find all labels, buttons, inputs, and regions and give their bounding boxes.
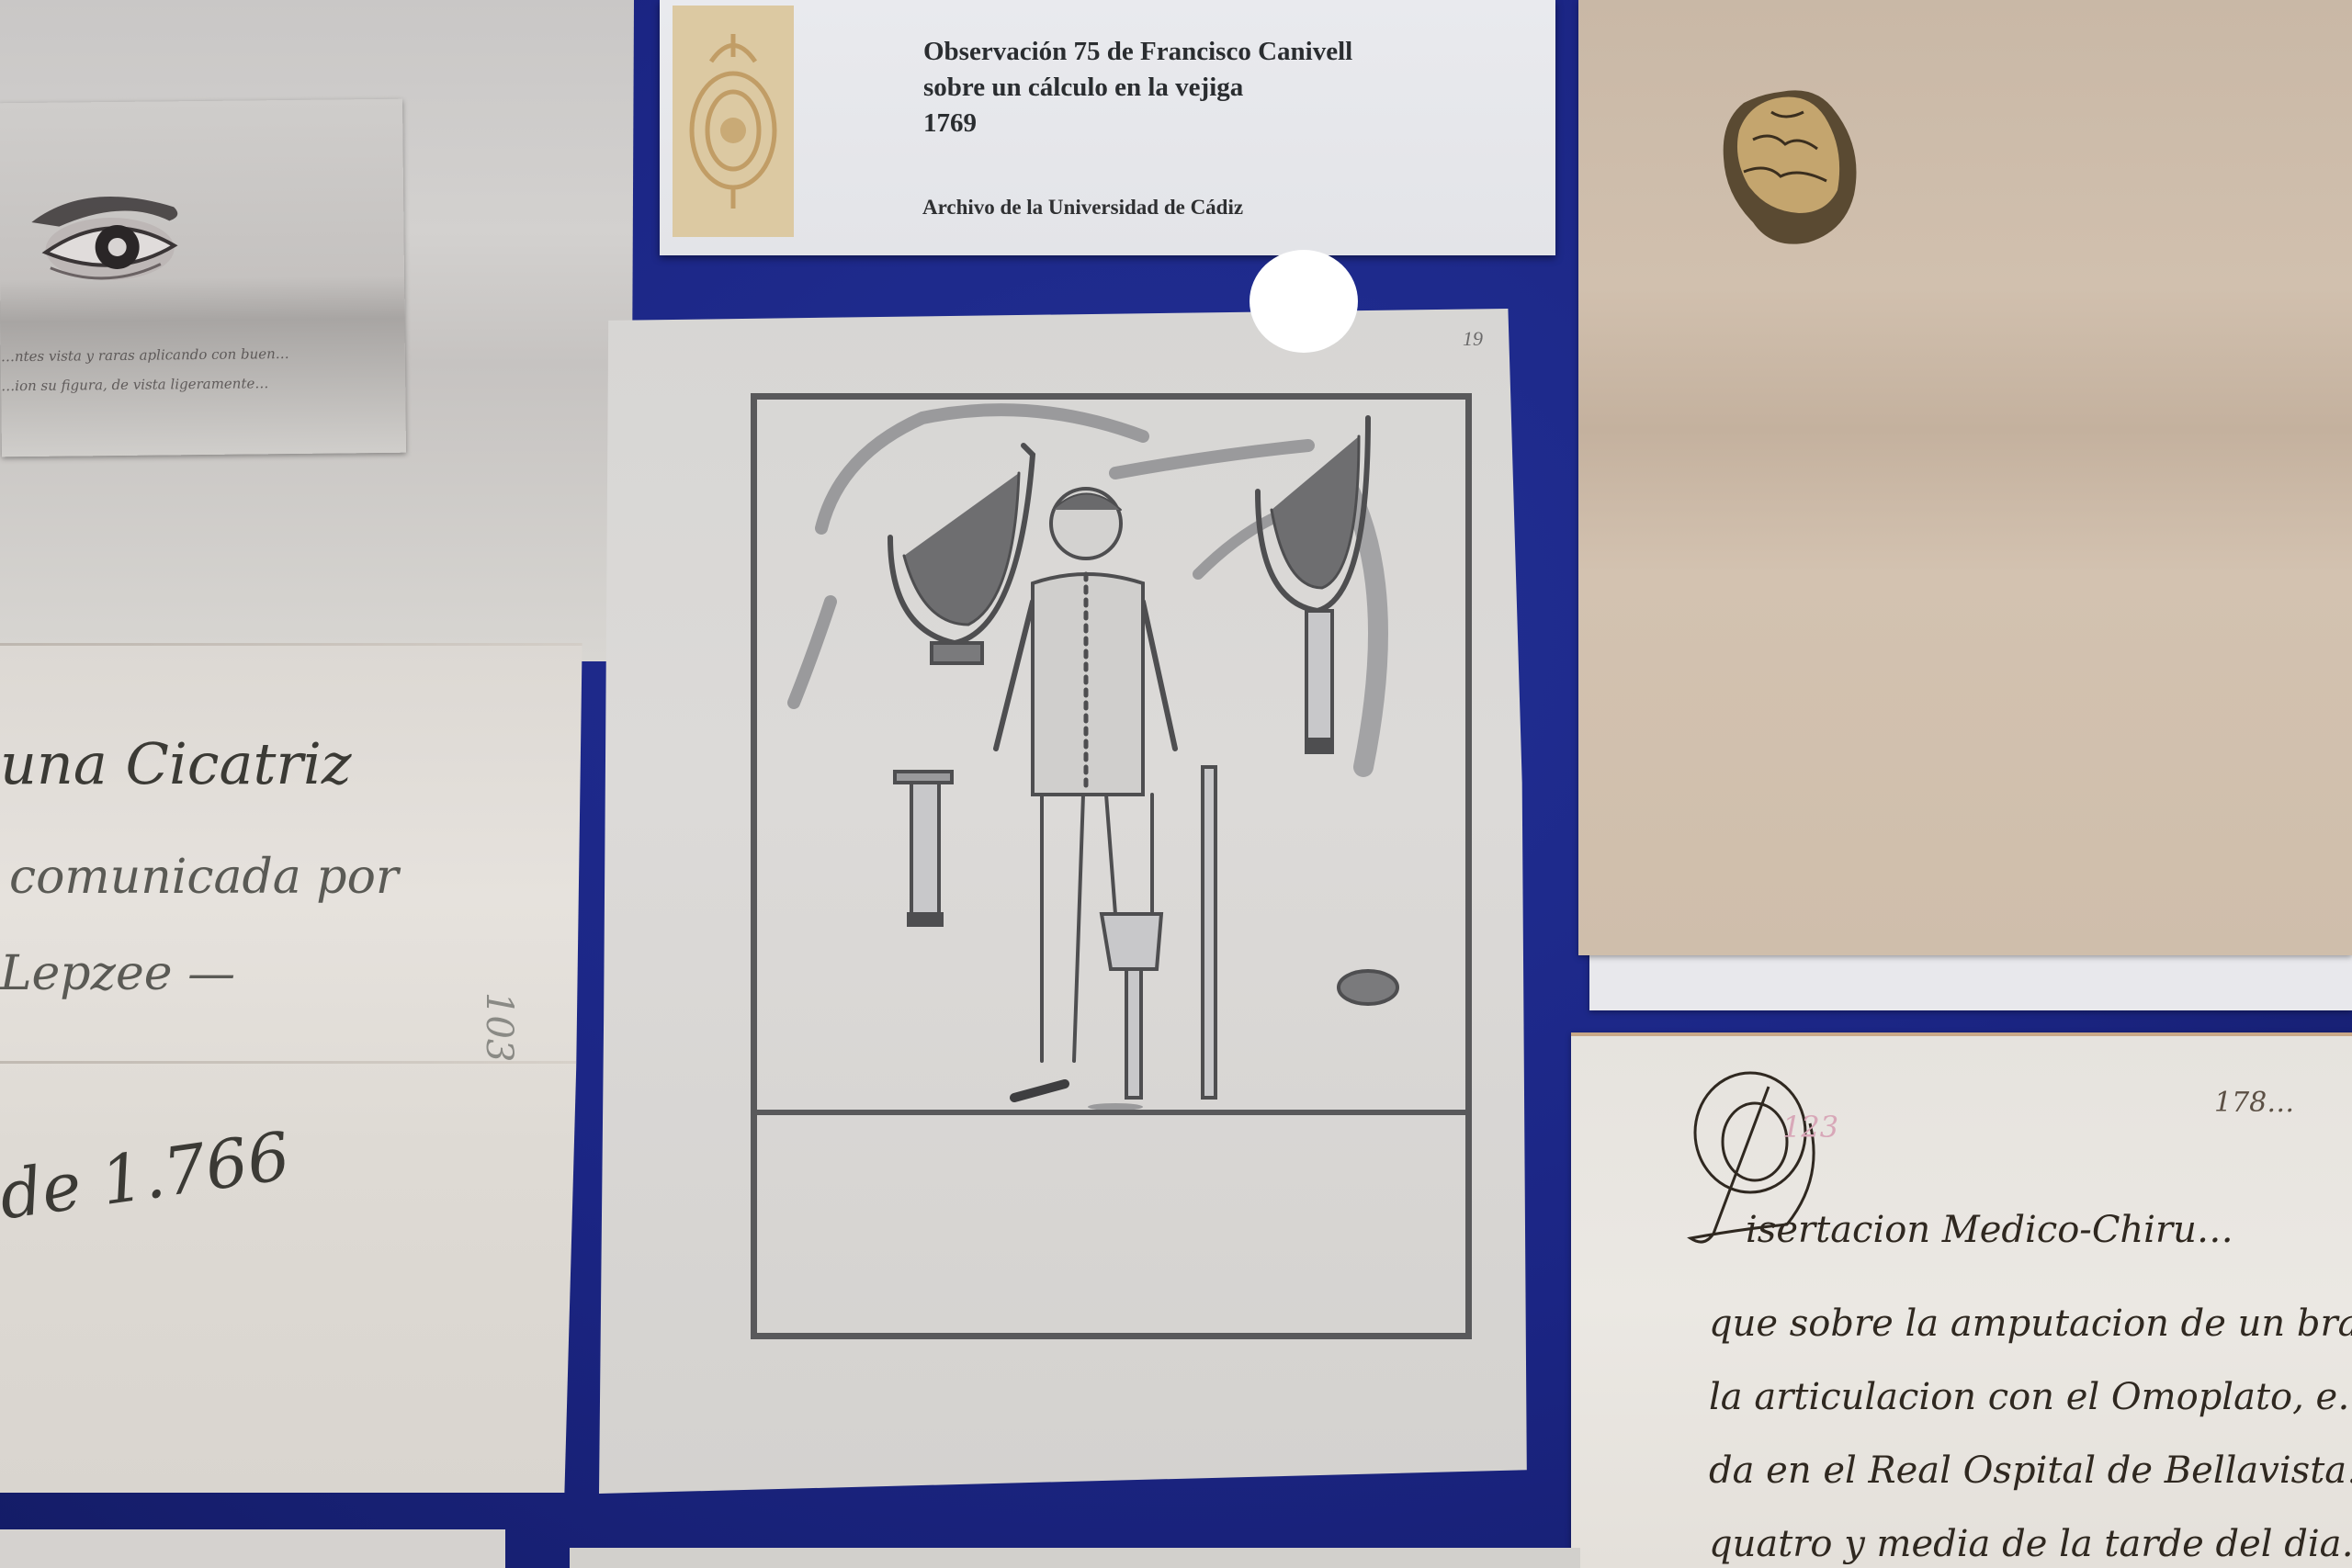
page-number: 19: [1463, 327, 1483, 351]
fold-line: [0, 643, 588, 646]
eye-card-caption: …ntes vista y raras aplicando con buen… …: [1, 338, 388, 400]
margin-note: 103: [478, 992, 520, 1062]
letter-date-line: de 1.766: [0, 1117, 294, 1234]
light-reflection-glare: [1249, 250, 1358, 353]
caption-line: …ntes vista y raras aplicando con buen…: [1, 338, 387, 371]
manuscript-line: da en el Real Ospital de Bellavista…: [1709, 1450, 2352, 1492]
letter-line: comunicada por: [9, 850, 399, 905]
coat-of-arms-icon: [679, 25, 787, 218]
manuscript-year: 178…: [2214, 1087, 2294, 1119]
amputee-figure-icon: [757, 400, 1465, 1333]
label-title: Observación 75 de Francisco Canivell sob…: [923, 34, 1539, 141]
eye-illustration-card: …ntes vista y raras aplicando con buen… …: [0, 99, 406, 457]
medical-dissertation-manuscript: 123 178… isertacion Medico-Chiru… que so…: [1571, 1032, 2352, 1568]
museum-label-card: Observación 75 de Francisco Canivell sob…: [660, 0, 1555, 255]
letter-line: Lepzee —: [0, 946, 235, 1001]
drawing-frame: [751, 393, 1472, 1339]
ground-line: [757, 1110, 1465, 1115]
label-source: Archivo de la Universidad de Cádiz: [922, 196, 1243, 220]
archive-ref-number: 123: [1782, 1110, 1838, 1145]
label-title-line: Observación 75 de Francisco Canivell: [923, 34, 1539, 70]
bottom-document-edge: [570, 1548, 1580, 1568]
manuscript-line: la articulacion con el Omoplato, e…: [1709, 1376, 2352, 1418]
label-title-line: sobre un cálculo en la vejiga: [923, 70, 1539, 106]
eye-drawing-icon: [22, 179, 193, 291]
bladder-stone-icon: [1716, 85, 1863, 250]
letter-line: una Cicatriz: [0, 730, 352, 797]
label-year: 1769: [923, 106, 1539, 141]
manuscript-line: que sobre la amputacion de un braz…: [1709, 1303, 2352, 1345]
bladder-stone-illustration-sheet: [1578, 0, 2352, 955]
manuscript-line: isertacion Medico-Chiru…: [1746, 1209, 2233, 1251]
bottom-document-edge: [0, 1529, 505, 1568]
manuscript-line: quatro y media de la tarde del dia…: [1709, 1523, 2352, 1565]
left-handwritten-letter: una Cicatriz comunicada por Lepzee — de …: [0, 643, 588, 1493]
caption-line: …ion su figura, de vista ligeramente…: [1, 367, 387, 400]
crest-box: [673, 6, 794, 237]
amputee-drawing-sheet: 19: [599, 309, 1536, 1494]
